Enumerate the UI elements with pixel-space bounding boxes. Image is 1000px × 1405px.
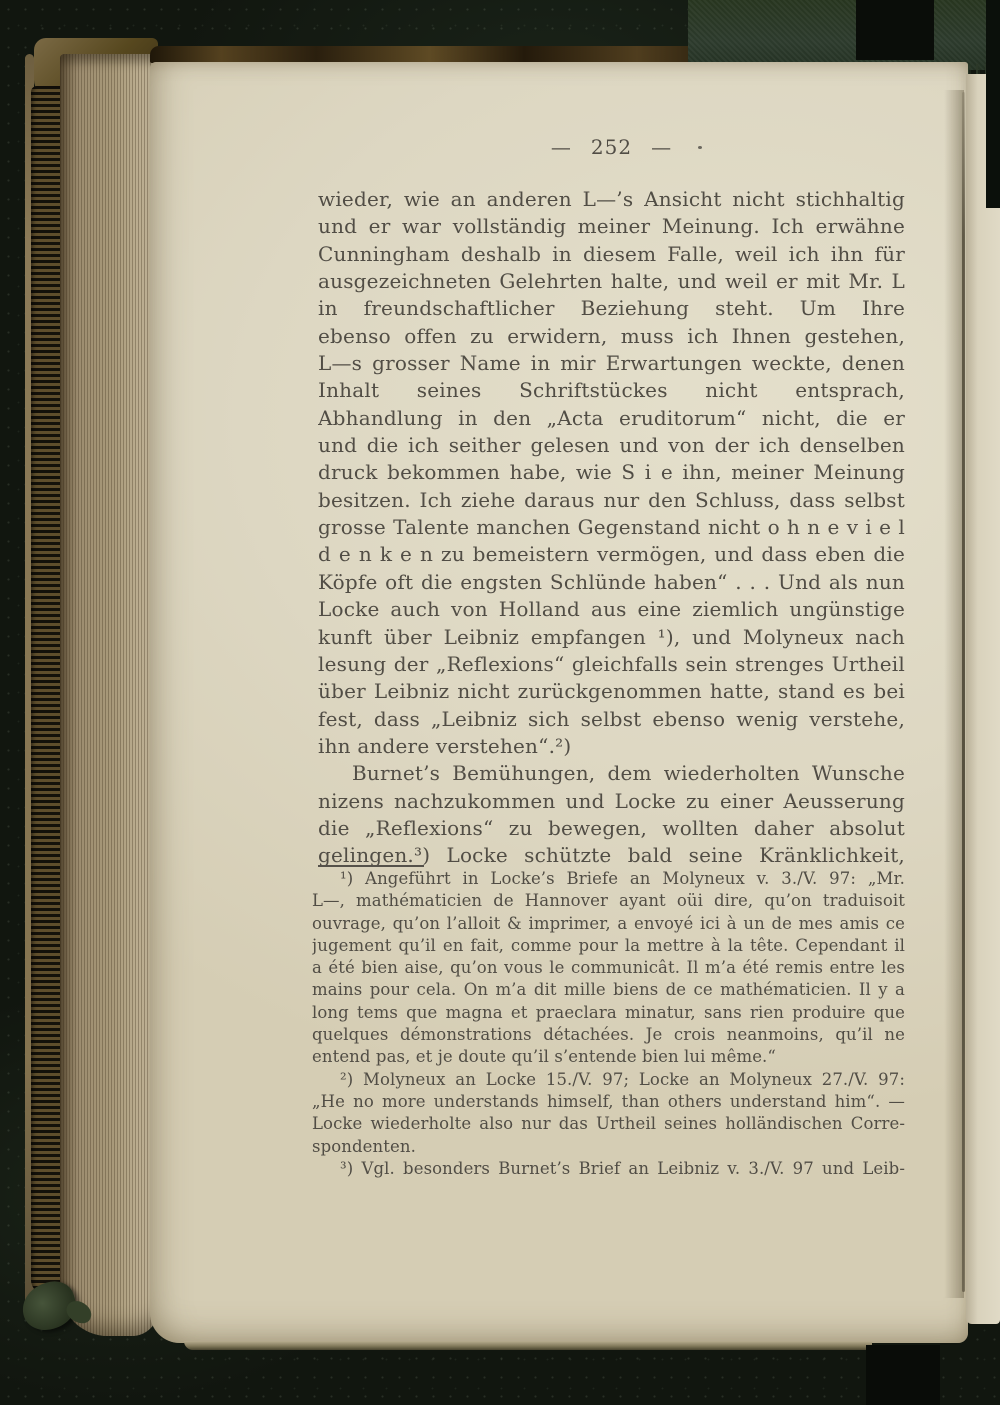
background-shadow-block xyxy=(866,1345,940,1405)
body-line: lesung der „Reflexions“ gleichfalls sein… xyxy=(318,651,905,678)
body-line: Locke auch von Holland aus eine ziemlich… xyxy=(318,596,905,623)
footnote-line: „He no more understands himself, than ot… xyxy=(312,1091,905,1113)
page-header: — 252 — xyxy=(318,134,905,160)
cover-cloth-top xyxy=(688,0,1000,70)
footnote-line: entend pas, et je doute qu’il s’entende … xyxy=(312,1046,905,1068)
body-text: wieder, wie an anderen L—’s Ansicht nich… xyxy=(318,186,905,870)
page-gutter-line xyxy=(962,92,965,1292)
body-line: fest, dass „Leibniz sich selbst ebenso w… xyxy=(318,706,905,733)
body-line: in freundschaftlicher Beziehung steht. U… xyxy=(318,295,905,322)
footnote-line: a été bien aise, qu’on vous le communicâ… xyxy=(312,957,905,979)
page-stack-top-edge xyxy=(150,46,744,63)
footnote-line: spondenten. xyxy=(312,1136,905,1158)
body-line: ihn andere verstehen“.²) xyxy=(318,733,905,760)
body-line: Köpfe oft die engsten Schlünde haben“ . … xyxy=(318,569,905,596)
footnote-line: quelques démonstrations détachées. Je cr… xyxy=(312,1024,905,1046)
footnote-line: Locke wiederholte also nur das Urtheil s… xyxy=(312,1113,905,1135)
body-line: druck bekommen habe, wie S i e ihn, mein… xyxy=(318,459,905,486)
footnote-line: ouvrage, qu’on l’alloit & imprimer, a en… xyxy=(312,913,905,935)
page-number: 252 xyxy=(591,134,632,160)
cover-shadow-strip xyxy=(986,0,1000,208)
footnote-line: ¹) Angeführt in Locke’s Briefe an Molyne… xyxy=(312,868,905,890)
page-gutter-shadow xyxy=(944,90,964,1298)
body-line: wieder, wie an anderen L—’s Ansicht nich… xyxy=(318,186,905,213)
body-line: über Leibniz nicht zurückgenommen hatte,… xyxy=(318,678,905,705)
body-line: Burnet’s Bemühungen, dem wiederholten Wu… xyxy=(318,760,905,787)
body-line: besitzen. Ich ziehe daraus nur den Schlu… xyxy=(318,487,905,514)
header-dash-left: — xyxy=(551,134,572,160)
body-line: Inhalt seines Schriftstückes nicht entsp… xyxy=(318,377,905,404)
footnote-separator-rule xyxy=(318,865,424,867)
body-line: nizens nachzukommen und Locke zu einer A… xyxy=(318,788,905,815)
cover-shadow-notch xyxy=(856,0,934,60)
footnote-line: ³) Vgl. besonders Burnet’s Brief an Leib… xyxy=(312,1158,905,1180)
body-line: Abhandlung in den „Acta eruditorum“ nich… xyxy=(318,405,905,432)
header-dash-right: — xyxy=(651,134,672,160)
body-line: und die ich seither gelesen und von der … xyxy=(318,432,905,459)
ink-speck xyxy=(698,146,702,149)
footnote-line: long tems que magna et praeclara minatur… xyxy=(312,1002,905,1024)
body-line: kunft über Leibniz empfangen ¹), und Mol… xyxy=(318,624,905,651)
footnote-line: L—, mathématicien de Hannover ayant oüi … xyxy=(312,890,905,912)
page-bottom-edge xyxy=(184,1341,872,1350)
page-stack-fore-edge xyxy=(60,54,158,1336)
body-line: und er war vollständig meiner Meinung. I… xyxy=(318,213,905,240)
footnote-line: mains pour cela. On m’a dit mille biens … xyxy=(312,979,905,1001)
body-line: die „Reflexions“ zu bewegen, wollten dah… xyxy=(318,815,905,842)
footnote-line: ²) Molyneux an Locke 15./V. 97; Locke an… xyxy=(312,1069,905,1091)
body-line: ebenso offen zu erwidern, muss ich Ihnen… xyxy=(318,323,905,350)
body-line: grosse Talente manchen Gegenstand nicht … xyxy=(318,514,905,541)
body-line: L—s grosser Name in mir Erwartungen weck… xyxy=(318,350,905,377)
body-line: Cunningham deshalb in diesem Falle, weil… xyxy=(318,241,905,268)
book-page: — 252 — wieder, wie an anderen L—’s Ansi… xyxy=(150,62,968,1343)
footnotes: ¹) Angeführt in Locke’s Briefe an Molyne… xyxy=(312,868,905,1180)
footnote-line: jugement qu’il en fait, comme pour la me… xyxy=(312,935,905,957)
adjacent-page-edge xyxy=(966,74,1000,1324)
body-line: ausgezeichneten Gelehrten halte, und wei… xyxy=(318,268,905,295)
book-scan-scene: — 252 — wieder, wie an anderen L—’s Ansi… xyxy=(0,0,1000,1405)
body-line: d e n k e n zu bemeistern vermögen, und … xyxy=(318,541,905,568)
